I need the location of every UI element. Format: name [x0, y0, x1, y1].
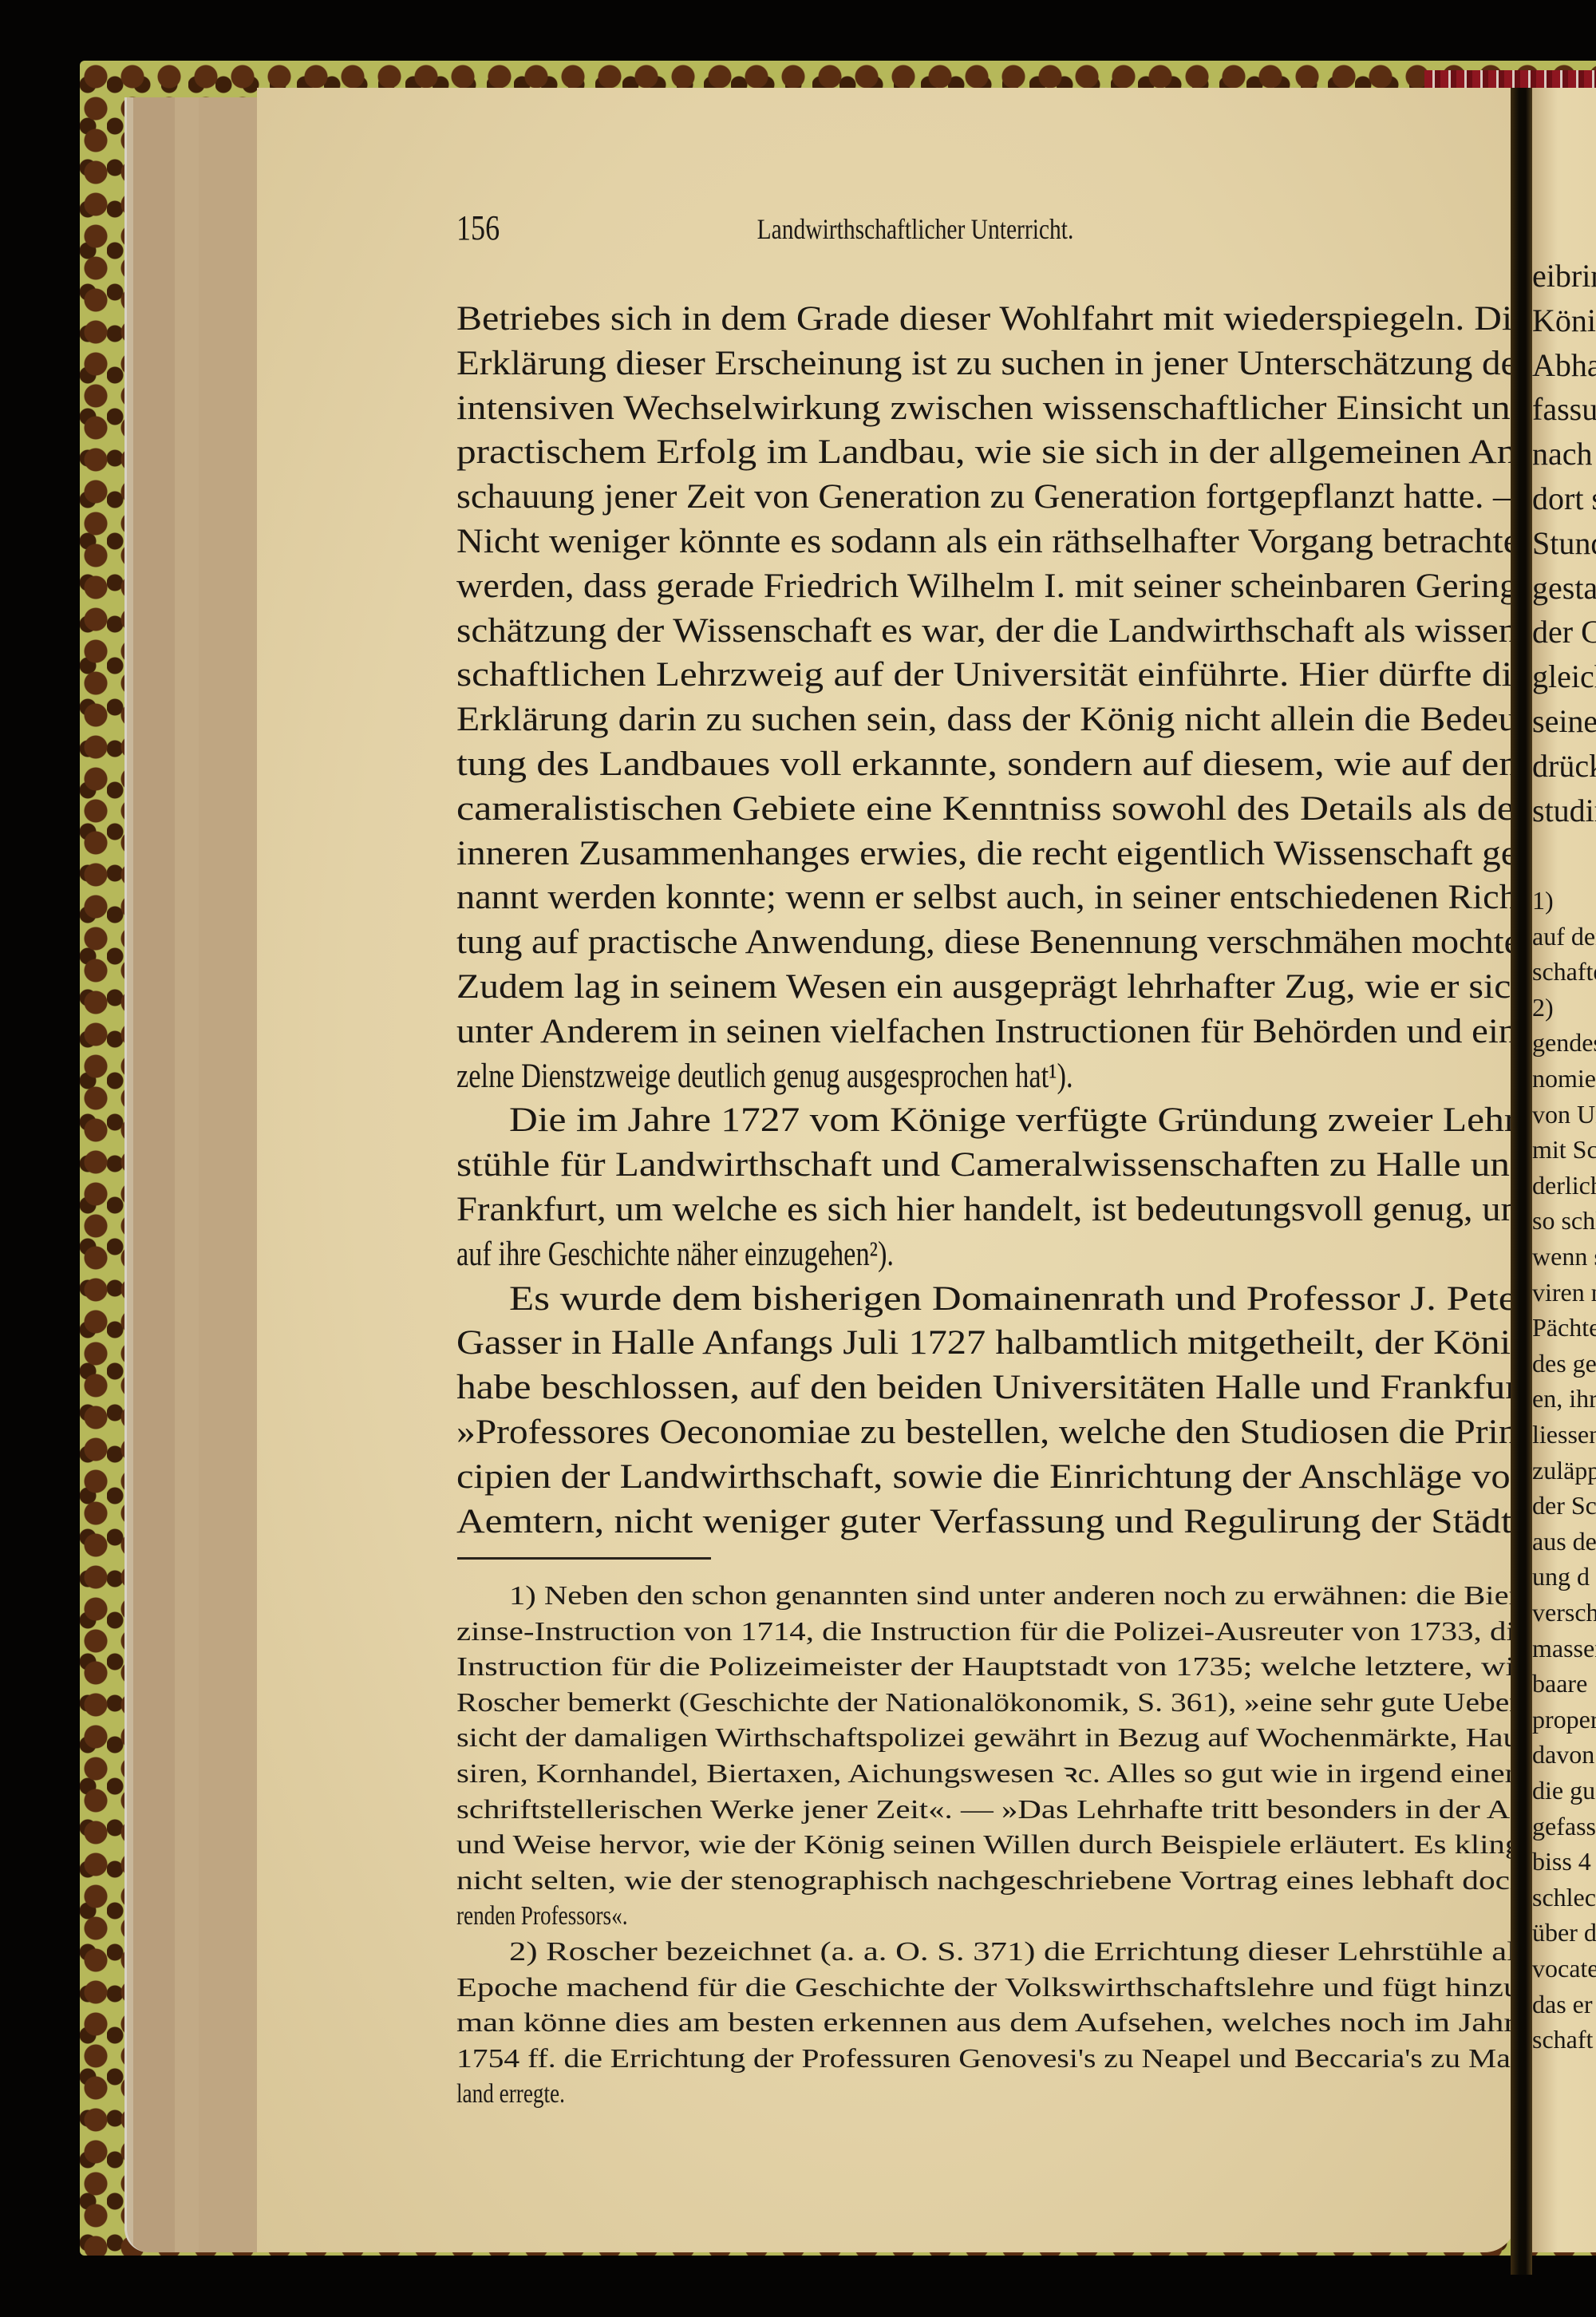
line-text: 2) Roscher bezeichnet (a. a. O. S. 371) … [509, 1935, 1516, 1971]
facing-page-text: Abhand [1532, 346, 1596, 384]
facing-page-text: drückli [1532, 747, 1596, 785]
facing-page-text: Pächte [1532, 1313, 1596, 1342]
line-text: nannt werden konnte; wenn er selbst auch… [456, 876, 1516, 920]
body-line: stühle für Landwirthschaft und Cameralwi… [456, 1143, 1516, 1188]
facing-page-text: gleiche [1532, 658, 1596, 695]
footnote-line: man könne dies am besten erkennen aus de… [456, 2006, 1516, 2042]
body-line: practischem Erfolg im Landbau, wie sie s… [456, 430, 1516, 475]
line-text: werden, dass gerade Friedrich Wilhelm I.… [456, 564, 1516, 609]
body-line: auf ihre Geschichte näher einzugehen²). [456, 1232, 1516, 1277]
body-line: schaftlichen Lehrzweig auf der Universit… [456, 653, 1516, 698]
footnote-separator [457, 1557, 711, 1560]
footnote-line: 2) Roscher bezeichnet (a. a. O. S. 371) … [456, 1935, 1516, 1971]
body-line: werden, dass gerade Friedrich Wilhelm I.… [456, 564, 1516, 609]
body-line: Gasser in Halle Anfangs Juli 1727 halbam… [456, 1321, 1516, 1366]
facing-page-text: gestalt [1532, 569, 1596, 607]
footnote-line: siren, Kornhandel, Biertaxen, Aichungswe… [456, 1757, 1516, 1793]
line-text: »Professores Oeconomiae zu bestellen, we… [456, 1410, 1516, 1455]
footnotes: 1) Neben den schon genannten sind unter … [456, 1579, 1516, 2113]
line-text: tung des Landbaues voll erkannte, sonder… [456, 742, 1516, 787]
facing-page-text: mit Sch [1532, 1135, 1596, 1164]
facing-page-text: viren n [1532, 1278, 1596, 1307]
footnote-line: und Weise hervor, wie der König seinen W… [456, 1828, 1516, 1864]
facing-page-text: schlec [1532, 1883, 1596, 1912]
line-text: und Weise hervor, wie der König seinen W… [456, 1828, 1516, 1864]
facing-page-text: derlich [1532, 1171, 1596, 1200]
body-line: Betriebes sich in dem Grade dieser Wohlf… [456, 297, 1516, 342]
body-line: unter Anderem in seinen vielfachen Instr… [456, 1010, 1516, 1054]
line-text: Erklärung dieser Erscheinung ist zu such… [456, 342, 1516, 386]
line-text: Zudem lag in seinem Wesen ein ausgeprägt… [456, 965, 1516, 1010]
facing-page-text: Könige [1532, 302, 1596, 339]
footnote-line: sicht der damaligen Wirthschaftspolizei … [456, 1721, 1516, 1757]
line-text: Die im Jahre 1727 vom Könige verfügte Gr… [509, 1098, 1516, 1143]
facing-page-text: 1) [1532, 886, 1554, 915]
line-text: schauung jener Zeit von Generation zu Ge… [456, 475, 1516, 520]
footnote-line: Roscher bemerkt (Geschichte der National… [456, 1686, 1516, 1722]
facing-page-text: fassung [1532, 390, 1596, 428]
body-line: tung des Landbaues voll erkannte, sonder… [456, 742, 1516, 787]
body-line: Zudem lag in seinem Wesen ein ausgeprägt… [456, 965, 1516, 1010]
footnote-line: land erregte. [456, 2077, 1516, 2113]
line-text: Epoche machend für die Geschichte der Vo… [456, 1971, 1516, 2007]
body-line: intensiven Wechselwirkung zwischen wisse… [456, 386, 1516, 431]
line-text: schaftlichen Lehrzweig auf der Universit… [456, 653, 1516, 698]
line-text: renden Professors«. [456, 1899, 628, 1935]
footnote-line: zinse-Instruction von 1714, die Instruct… [456, 1615, 1516, 1651]
body-line: schätzung der Wissenschaft es war, der d… [456, 609, 1516, 654]
facing-page-text: des ger [1532, 1349, 1596, 1378]
line-text: zinse-Instruction von 1714, die Instruct… [456, 1615, 1516, 1651]
body-line: cipien der Landwirthschaft, sowie die Ei… [456, 1455, 1516, 1500]
line-text: Instruction für die Polizeimeister der H… [456, 1650, 1516, 1686]
facing-page-text: über d [1532, 1918, 1596, 1947]
line-text: Es wurde dem bisherigen Domainenrath und… [509, 1277, 1516, 1322]
body-text: Betriebes sich in dem Grade dieser Wohlf… [456, 297, 1516, 1544]
facing-page-text: biss 4 [1532, 1847, 1591, 1876]
body-line: Die im Jahre 1727 vom Könige verfügte Gr… [456, 1098, 1516, 1143]
facing-page-text: schaft [1532, 2025, 1593, 2054]
body-line: Nicht weniger könnte es sodann als ein r… [456, 520, 1516, 564]
facing-page-text: schafte [1532, 957, 1596, 987]
facing-page-text: ung d [1532, 1562, 1590, 1591]
line-text: siren, Kornhandel, Biertaxen, Aichungswe… [456, 1757, 1516, 1793]
footnote-line: renden Professors«. [456, 1899, 1516, 1935]
line-text: nicht selten, wie der stenographisch nac… [456, 1864, 1516, 1900]
line-text: 1754 ff. die Errichtung der Professuren … [456, 2042, 1516, 2078]
facing-page-text: von Un [1532, 1100, 1596, 1129]
facing-page-text: der Ca [1532, 613, 1596, 650]
left-page: 156 Landwirthschaftlicher Unterricht. Be… [257, 88, 1516, 2252]
body-line: cameralistischen Gebiete eine Kenntniss … [456, 787, 1516, 832]
facing-page-text: 2) [1532, 993, 1554, 1022]
line-text: cameralistischen Gebiete eine Kenntniss … [456, 787, 1516, 832]
facing-page-text: versch [1532, 1598, 1596, 1627]
page-edges-stack [124, 97, 263, 2252]
running-title: Landwirthschaftlicher Unterricht. [539, 212, 1292, 246]
line-text: 1) Neben den schon genannten sind unter … [509, 1579, 1516, 1615]
facing-page-text: aus de [1532, 1527, 1596, 1556]
line-text: intensiven Wechselwirkung zwischen wisse… [456, 386, 1516, 431]
facing-page-text: das er [1532, 1990, 1593, 2019]
line-text: habe beschlossen, auf den beiden Univers… [456, 1366, 1516, 1410]
footnote-line: Epoche machend für die Geschichte der Vo… [456, 1971, 1516, 2007]
line-text: Nicht weniger könnte es sodann als ein r… [456, 520, 1516, 564]
body-line: schauung jener Zeit von Generation zu Ge… [456, 475, 1516, 520]
running-header: 156 Landwirthschaftlicher Unterricht. [456, 208, 1516, 247]
body-line: »Professores Oeconomiae zu bestellen, we… [456, 1410, 1516, 1455]
line-text: Erklärung darin zu suchen sein, dass der… [456, 698, 1516, 742]
facing-page-text: auf der [1532, 922, 1596, 951]
body-line: zelne Dienstzweige deutlich genug ausges… [456, 1054, 1516, 1099]
line-text: sicht der damaligen Wirthschaftspolizei … [456, 1721, 1516, 1757]
footnote-line: 1754 ff. die Errichtung der Professuren … [456, 2042, 1516, 2078]
book-gutter [1511, 88, 1532, 2275]
line-text: tung auf practische Anwendung, diese Ben… [456, 920, 1516, 965]
facing-page-text: eibrin [1532, 257, 1596, 295]
facing-page-text: nach B [1532, 435, 1596, 472]
facing-page-fragment: eibrinKönigeAbhandfassungnach Bdort staS… [1532, 88, 1596, 2252]
line-text: auf ihre Geschichte näher einzugehen²). [456, 1232, 894, 1277]
facing-page-text: proper [1532, 1705, 1596, 1734]
facing-page-text: masser [1532, 1634, 1596, 1663]
facing-page-text: liessen [1532, 1420, 1596, 1449]
line-text: unter Anderem in seinen vielfachen Instr… [456, 1010, 1516, 1054]
line-text: Aemtern, nicht weniger guter Verfassung … [456, 1500, 1516, 1544]
facing-page-text: zuläpp [1532, 1456, 1596, 1485]
line-text: land erregte. [456, 2077, 565, 2113]
facing-page-text: davon [1532, 1740, 1594, 1769]
line-text: Betriebes sich in dem Grade dieser Wohlf… [456, 297, 1516, 342]
body-line: Aemtern, nicht weniger guter Verfassung … [456, 1500, 1516, 1544]
line-text: cipien der Landwirthschaft, sowie die Ei… [456, 1455, 1516, 1500]
line-text: stühle für Landwirthschaft und Cameralwi… [456, 1143, 1516, 1188]
footnote-line: nicht selten, wie der stenographisch nac… [456, 1864, 1516, 1900]
facing-page-text: studire [1532, 792, 1596, 829]
facing-page-text: so schl [1532, 1206, 1596, 1236]
line-text: practischem Erfolg im Landbau, wie sie s… [456, 430, 1516, 475]
facing-page-text: der Sc [1532, 1491, 1596, 1520]
page-number: 156 [456, 208, 500, 248]
line-text: Frankfurt, um welche es sich hier handel… [456, 1188, 1516, 1232]
facing-page-text: vocate [1532, 1954, 1596, 1983]
body-line: Frankfurt, um welche es sich hier handel… [456, 1188, 1516, 1232]
facing-page-text: dort sta [1532, 480, 1596, 517]
body-line: habe beschlossen, auf den beiden Univers… [456, 1366, 1516, 1410]
footnote-line: schriftstellerischen Werke jener Zeit«. … [456, 1793, 1516, 1829]
facing-page-text: en, ihr [1532, 1384, 1596, 1414]
body-line: Erklärung darin zu suchen sein, dass der… [456, 698, 1516, 742]
facing-page-text: Stunde [1532, 524, 1596, 562]
line-text: Roscher bemerkt (Geschichte der National… [456, 1686, 1516, 1722]
footnote-line: Instruction für die Polizeimeister der H… [456, 1650, 1516, 1686]
line-text: Gasser in Halle Anfangs Juli 1727 halbam… [456, 1321, 1516, 1366]
facing-page-text: baare [1532, 1669, 1587, 1698]
facing-page-text: seine V [1532, 702, 1596, 740]
body-line: Es wurde dem bisherigen Domainenrath und… [456, 1277, 1516, 1322]
line-text: man könne dies am besten erkennen aus de… [456, 2006, 1516, 2042]
body-line: inneren Zusammenhanges erwies, die recht… [456, 832, 1516, 876]
footnote-line: 1) Neben den schon genannten sind unter … [456, 1579, 1516, 1615]
line-text: schriftstellerischen Werke jener Zeit«. … [456, 1793, 1516, 1829]
facing-page-text: gefass [1532, 1812, 1596, 1841]
body-line: nannt werden konnte; wenn er selbst auch… [456, 876, 1516, 920]
facing-page-text: die gu [1532, 1776, 1595, 1805]
facing-page-text: gendes [1532, 1028, 1596, 1058]
body-line: tung auf practische Anwendung, diese Ben… [456, 920, 1516, 965]
line-text: zelne Dienstzweige deutlich genug ausges… [456, 1054, 1073, 1099]
line-text: inneren Zusammenhanges erwies, die recht… [456, 832, 1516, 876]
body-line: Erklärung dieser Erscheinung ist zu such… [456, 342, 1516, 386]
facing-page-text: nomie, [1532, 1064, 1596, 1093]
line-text: schätzung der Wissenschaft es war, der d… [456, 609, 1516, 654]
facing-page-text: wenn s [1532, 1242, 1596, 1271]
